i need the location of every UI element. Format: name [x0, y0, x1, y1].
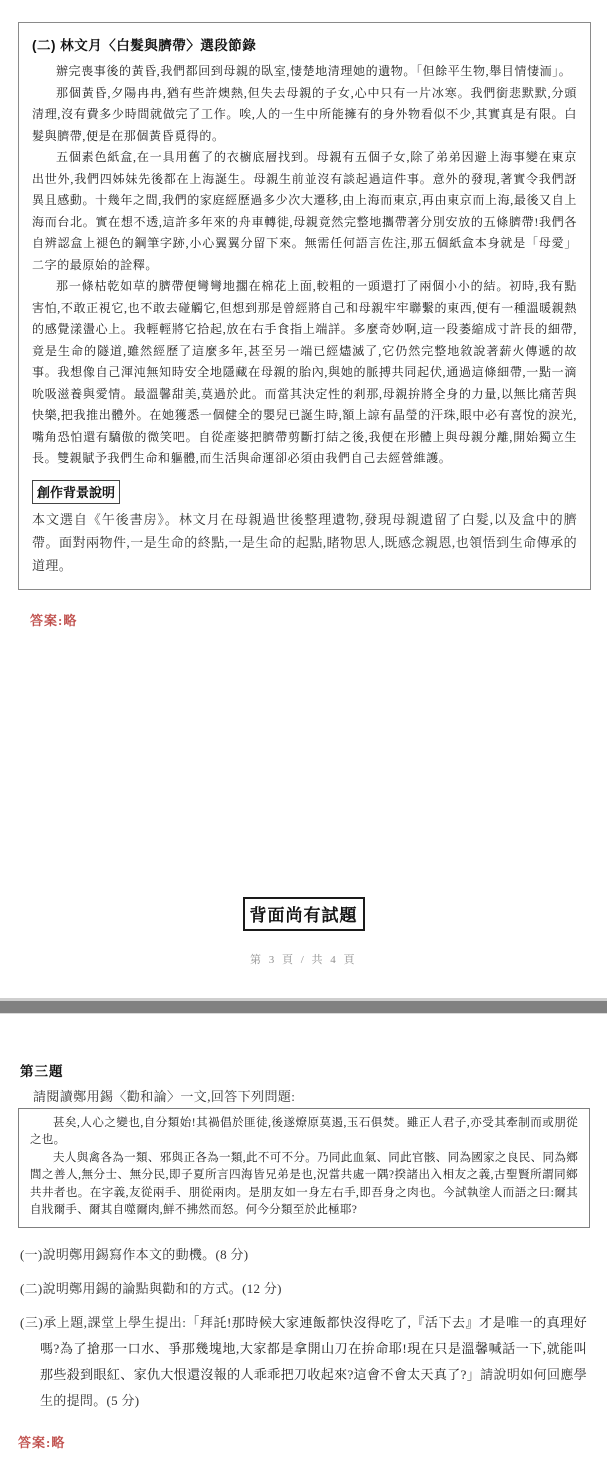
question-2-label: (二)	[20, 1281, 43, 1296]
question-1: (一)說明鄭用錫寫作本文的動機。(8 分)	[20, 1242, 587, 1268]
question-2: (二)說明鄭用錫的論點與勸和的方式。(12 分)	[20, 1276, 587, 1302]
question-intro: 請閱讀鄭用錫〈勸和論〉一文,回答下列問題:	[33, 1086, 607, 1105]
question-list: (一)說明鄭用錫寫作本文的動機。(8 分) (二)說明鄭用錫的論點與勸和的方式。…	[20, 1242, 587, 1414]
background-section-label: 創作背景說明	[32, 480, 120, 504]
quoted-passage-box: 甚矣,人心之變也,自分類始!其禍倡於匪徒,後遂燎原莫遏,玉石俱焚。雖正人君子,亦…	[18, 1108, 590, 1228]
passage-paragraph-2: 那個黃昏,夕陽冉冉,猶有些許燠熱,但失去母親的子女,心中只有一片冰寒。我們銜悲默…	[32, 83, 577, 148]
reading-passage-box: (二) 林文月〈白髮與臍帶〉選段節錄 辦完喪事後的黃昏,我們都回到母親的臥室,悽…	[18, 22, 591, 590]
question-2-text: 說明鄭用錫的論點與勸和的方式。(12 分)	[43, 1281, 282, 1296]
answer-label-page2: 答案:略	[18, 1432, 607, 1451]
question-1-text: 說明鄭用錫寫作本文的動機。(8 分)	[43, 1247, 249, 1262]
background-section: 創作背景說明	[32, 480, 577, 504]
background-section-text: 本文選自《午後書房》。林文月在母親過世後整理遺物,發現母親遺留了白髮,以及盒中的…	[32, 508, 577, 577]
passage-title: (二) 林文月〈白髮與臍帶〉選段節錄	[32, 34, 577, 54]
scanned-page-4: 第三題 請閱讀鄭用錫〈勸和論〉一文,回答下列問題: 甚矣,人心之變也,自分類始!…	[0, 1060, 607, 1451]
question-3: (三)承上題,課堂上學生提出:「拜託!那時候大家連飯都快沒得吃了,『活下去』才是…	[20, 1310, 587, 1414]
quoted-passage-paragraph-1: 甚矣,人心之變也,自分類始!其禍倡於匪徒,後遂燎原莫遏,玉石俱焚。雖正人君子,亦…	[30, 1115, 578, 1150]
passage-paragraph-4: 那一條枯乾如草的臍帶便彎彎地擱在棉花上面,較粗的一頭還打了兩個小小的結。初時,我…	[32, 276, 577, 470]
quoted-passage-paragraph-2: 夫人與禽各為一類、邪與正各為一類,此不可不分。乃同此血氣、同此官骸、同為國家之良…	[30, 1150, 578, 1220]
question-1-label: (一)	[20, 1247, 43, 1262]
back-page-notice: 背面尚有試題	[243, 897, 365, 931]
passage-paragraph-1: 辦完喪事後的黃昏,我們都回到母親的臥室,悽楚地清理她的遺物。「但餘平生物,舉目情…	[32, 61, 577, 83]
page-indicator: 第 3 頁 / 共 4 頁	[0, 951, 607, 967]
answer-label-page1: 答案:略	[30, 610, 607, 629]
scanned-page-3: (二) 林文月〈白髮與臍帶〉選段節錄 辦完喪事後的黃昏,我們都回到母親的臥室,悽…	[0, 22, 607, 967]
question-3-prefix: 承上題,課堂上學生提出:	[43, 1315, 186, 1330]
question-3-label: (三)	[20, 1315, 43, 1330]
passage-paragraph-3: 五個素色紙盒,在一具用舊了的衣櫥底層找到。母親有五個子女,除了弟弟因避上海事變在…	[32, 147, 577, 276]
back-page-notice-wrap: 背面尚有試題	[0, 897, 607, 931]
page-break-divider	[0, 998, 607, 1014]
question-section-title: 第三題	[20, 1060, 607, 1080]
